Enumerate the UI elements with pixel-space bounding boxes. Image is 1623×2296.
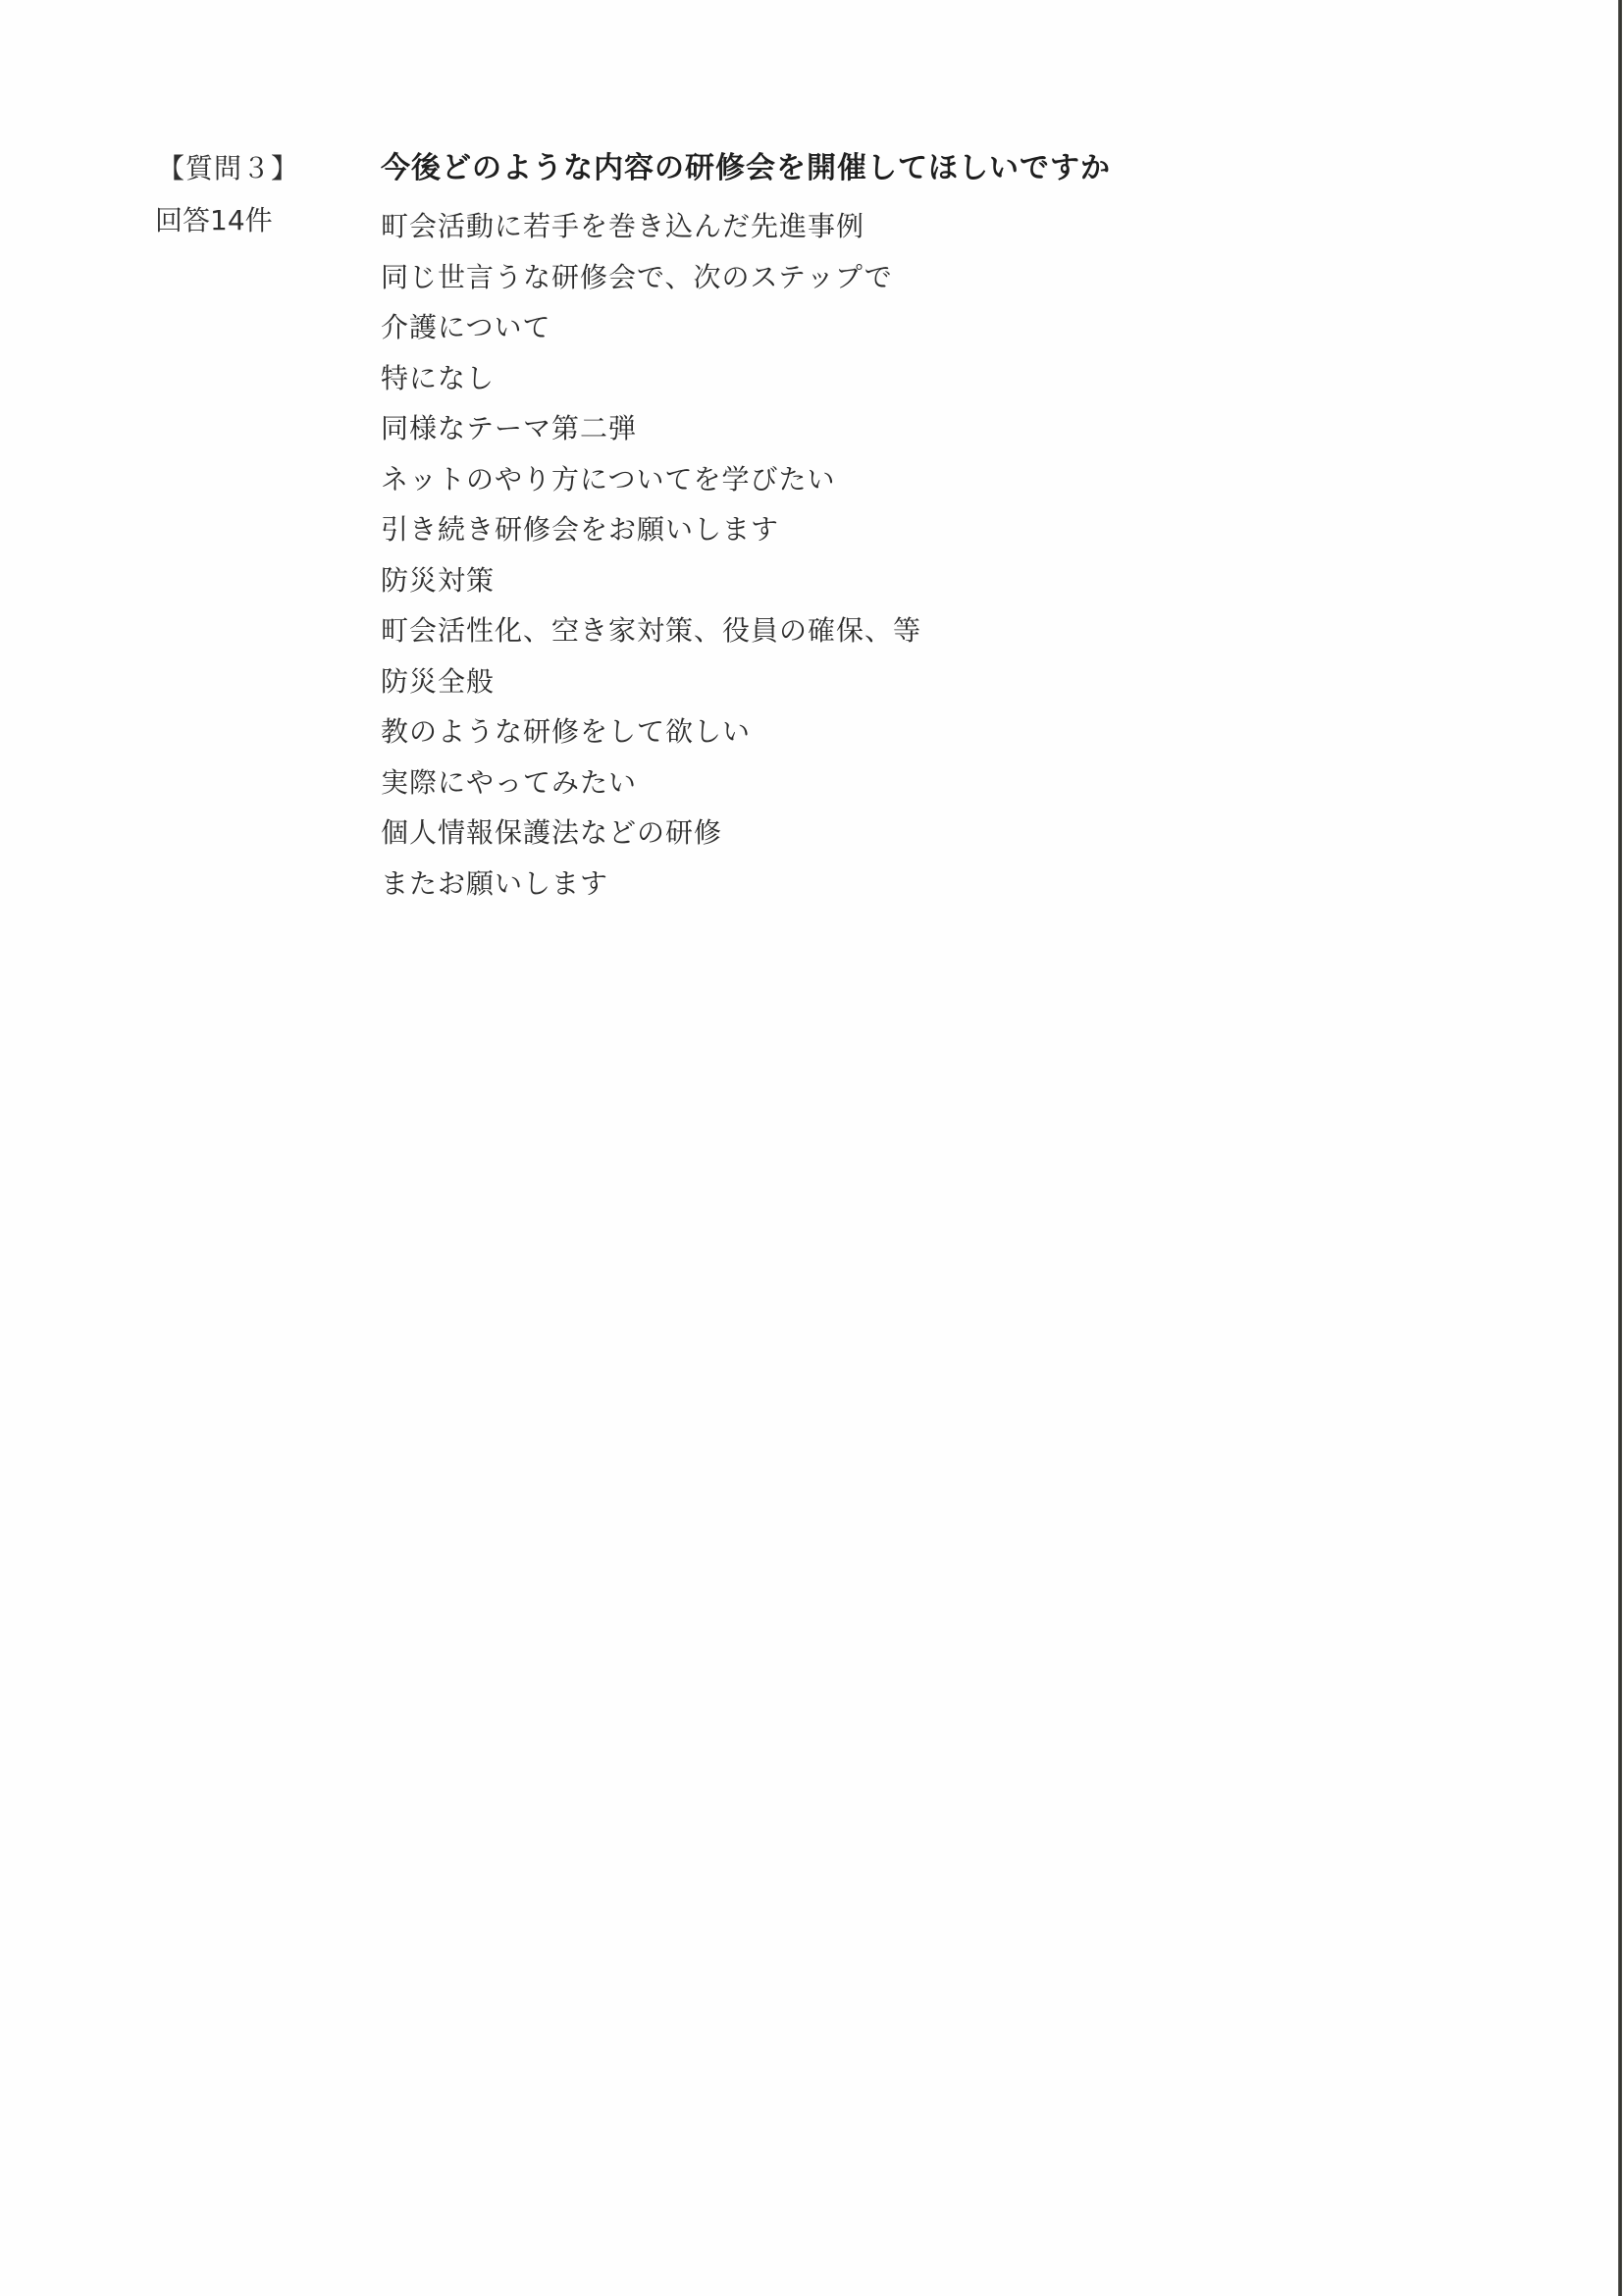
scan-edge-border [1618, 0, 1622, 2296]
answer-item: 個人情報保護法などの研修 [381, 808, 921, 859]
answer-count-label: 回答14件 [155, 201, 273, 240]
answer-item: またお願いします [381, 859, 921, 910]
answer-list: 町会活動に若手を巻き込んだ先進事例 同じ世言うな研修会で、次のステップで 介護に… [381, 201, 921, 909]
answer-item: 同様なテーマ第二弾 [381, 403, 921, 454]
answer-item: 防災対策 [381, 555, 921, 606]
question-number-label: 【質問３】 [157, 149, 299, 188]
question-title: 今後どのような内容の研修会を開催してほしいですか [381, 149, 1111, 188]
answer-item: 町会活動に若手を巻き込んだ先進事例 [381, 201, 921, 252]
answer-item: 特になし [381, 353, 921, 404]
answer-item: ネットのやり方についてを学びたい [381, 454, 921, 505]
answer-item: 教のような研修をして欲しい [381, 706, 921, 757]
answer-item: 防災全般 [381, 656, 921, 707]
answer-item: 引き続き研修会をお願いします [381, 504, 921, 555]
answer-item: 同じ世言うな研修会で、次のステップで [381, 252, 921, 303]
answer-item: 実際にやってみたい [381, 757, 921, 809]
answer-item: 町会活性化、空き家対策、役員の確保、等 [381, 605, 921, 656]
answer-item: 介護について [381, 302, 921, 353]
document-page: 【質問３】 今後どのような内容の研修会を開催してほしいですか 回答14件 町会活… [0, 0, 1623, 2296]
